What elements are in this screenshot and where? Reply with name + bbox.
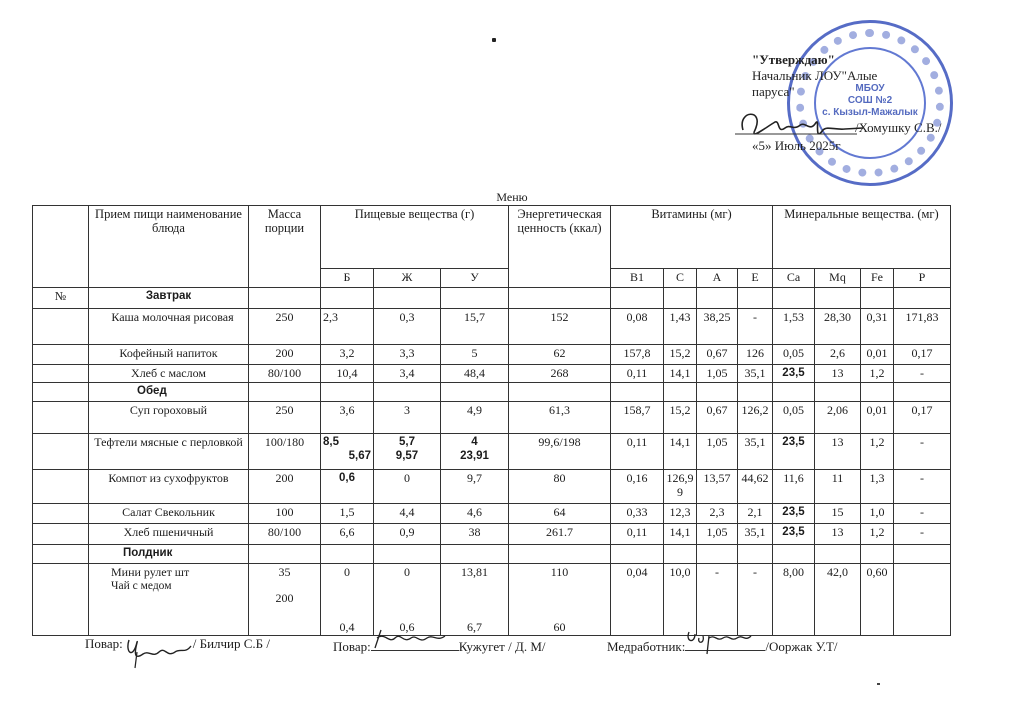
approval-signer-name: /Хомушку С.В./ [855,120,942,136]
dish-name: Мини рулет штЧай с медом [89,564,249,636]
section-snack: Полдник [89,545,249,564]
cook2-name: Кужугет / Д. М/ [459,639,546,654]
table-row: Компот из сухофруктов 200 0,6 0 9,7 80 0… [33,470,951,504]
subheader-c: C [664,269,697,288]
cell-p: - [894,365,951,383]
approval-heading: "Утверждаю" [752,52,835,68]
cell-b: 2,3 [321,309,374,345]
cell-kcal: 64 [509,504,611,524]
table-row: Мини рулет штЧай с медом 35200 00,4 00,6… [33,564,951,636]
cell-u: 9,7 [441,470,509,504]
cell-e: 35,1 [738,524,773,545]
cell-p: 171,83 [894,309,951,345]
cell-u: 15,7 [441,309,509,345]
cell-e: 44,62 [738,470,773,504]
cell-p: - [894,524,951,545]
footer-cook2: Повар:Кужугет / Д. М/ [333,636,546,655]
dish-name: Хлеб с маслом [89,365,249,383]
cell-b1: 0,11 [611,524,664,545]
cell-fe: 1,2 [861,434,894,470]
cell-e: 2,1 [738,504,773,524]
cell-kcal: 80 [509,470,611,504]
cell-e: - [738,564,773,636]
cell-ca: 23,5 [773,524,815,545]
cook2-label: Повар: [333,639,371,654]
cell-a: 38,25 [697,309,738,345]
cell-b: 8,55,67 [321,434,374,470]
cell-c: 14,1 [664,434,697,470]
page-title: Меню [0,190,1024,205]
subheader-fe: Fe [861,269,894,288]
subheader-p: P [894,269,951,288]
header-mass: Масса порции [249,206,321,288]
scan-speck [492,38,496,42]
table-row: Каша молочная рисовая 250 2,3 0,3 15,7 1… [33,309,951,345]
cell-kcal: 62 [509,345,611,365]
cell-b: 3,2 [321,345,374,365]
cell-kcal: 261.7 [509,524,611,545]
cell-zh: 3 [374,402,441,434]
cell-fe: 1,3 [861,470,894,504]
cell-u: 38 [441,524,509,545]
scan-speck [877,683,880,685]
cell-mass: 100 [249,504,321,524]
dish-name: Тефтели мясные с перловкой [89,434,249,470]
cell-b: 0,6 [321,470,374,504]
cell-zh: 3,3 [374,345,441,365]
cell-b1: 0,16 [611,470,664,504]
dish-name: Каша молочная рисовая [89,309,249,345]
cell-mass: 250 [249,309,321,345]
cell-mq: 2,6 [815,345,861,365]
cell-zh: 0 [374,470,441,504]
cell-mq: 13 [815,524,861,545]
section-lunch: Обед [89,383,249,402]
cell-b1: 0,33 [611,504,664,524]
cell-b: 3,6 [321,402,374,434]
cook2-signature [371,636,459,651]
dish-name: Суп гороховый [89,402,249,434]
cell-zh: 3,4 [374,365,441,383]
section-row-snack: Полдник [33,545,951,564]
subheader-b: Б [321,269,374,288]
header-row: Прием пищи наименование блюда Масса порц… [33,206,951,269]
section-row-breakfast: № Завтрак [33,288,951,309]
cell-b: 10,4 [321,365,374,383]
cell-mass: 80/100 [249,365,321,383]
cell-p [894,564,951,636]
cell-b1: 0,04 [611,564,664,636]
section-row-lunch: Обед [33,383,951,402]
cell-e: 126 [738,345,773,365]
cell-u: 13,816,7 [441,564,509,636]
cell-mass: 250 [249,402,321,434]
cell-zh: 5,79,57 [374,434,441,470]
header-number: № [33,288,89,309]
header-minerals: Минеральные вещества. (мг) [773,206,951,269]
cell-zh: 4,4 [374,504,441,524]
cell-e: - [738,309,773,345]
cell-p: - [894,470,951,504]
cell-zh: 0,3 [374,309,441,345]
cell-ca: 11,6 [773,470,815,504]
cell-fe: 1,0 [861,504,894,524]
dish-name: Салат Свекольник [89,504,249,524]
footer-medic: Медработник:/Ооржак У.Т/ [607,636,838,655]
cell-ca: 8,00 [773,564,815,636]
cell-mq: 2,06 [815,402,861,434]
cell-fe: 1,2 [861,365,894,383]
cell-p: - [894,434,951,470]
dish-name: Компот из сухофруктов [89,470,249,504]
cell-u: 4,6 [441,504,509,524]
cell-a: - [697,564,738,636]
cell-b: 1,5 [321,504,374,524]
header-meal-name: Прием пищи наименование блюда [89,206,249,288]
cell-c: 12,3 [664,504,697,524]
cell-b1: 0,11 [611,434,664,470]
cell-c: 1,43 [664,309,697,345]
cell-zh: 0,9 [374,524,441,545]
cell-kcal: 268 [509,365,611,383]
cell-a: 0,67 [697,345,738,365]
menu-table: Прием пищи наименование блюда Масса порц… [32,205,951,636]
cell-mass: 80/100 [249,524,321,545]
cell-a: 0,67 [697,402,738,434]
subheader-ca: Ca [773,269,815,288]
cell-mq: 28,30 [815,309,861,345]
medic-label: Медработник: [607,639,685,654]
cell-u: 423,91 [441,434,509,470]
cell-mq: 42,0 [815,564,861,636]
cell-ca: 23,5 [773,434,815,470]
cell-fe: 1,2 [861,524,894,545]
cell-mass: 35200 [249,564,321,636]
cell-mass: 100/180 [249,434,321,470]
footer-cook1: Повар:/ Билчир С.Б / [85,636,270,652]
cell-fe: 0,60 [861,564,894,636]
cell-fe: 0,01 [861,345,894,365]
cell-b1: 0,08 [611,309,664,345]
cell-mq: 15 [815,504,861,524]
cell-c: 14,1 [664,524,697,545]
cell-ca: 0,05 [773,345,815,365]
cook1-label: Повар: [85,636,123,651]
cell-mq: 11 [815,470,861,504]
header-vitamins: Витамины (мг) [611,206,773,269]
table-row: Суп гороховый 250 3,6 3 4,9 61,3 158,7 1… [33,402,951,434]
director-signature [735,100,865,150]
table-row: Хлеб с маслом 80/100 10,4 3,4 48,4 268 0… [33,365,951,383]
subheader-e: E [738,269,773,288]
cook1-name: / Билчир С.Б / [193,636,270,651]
cell-b: 00,4 [321,564,374,636]
cell-u: 4,9 [441,402,509,434]
header-nutrients: Пищевые вещества (г) [321,206,509,269]
dish-name: Кофейный напиток [89,345,249,365]
cell-a: 1,05 [697,524,738,545]
cell-kcal: 11060 [509,564,611,636]
cell-e: 35,1 [738,365,773,383]
cell-a: 2,3 [697,504,738,524]
table-row: Тефтели мясные с перловкой 100/180 8,55,… [33,434,951,470]
cell-zh: 00,6 [374,564,441,636]
cell-ca: 23,5 [773,365,815,383]
subheader-zh: Ж [374,269,441,288]
cell-ca: 0,05 [773,402,815,434]
subheader-mq: Mq [815,269,861,288]
cell-mass: 200 [249,470,321,504]
header-energy: Энергетическая ценность (ккал) [509,206,611,288]
cell-c: 15,2 [664,345,697,365]
cell-c: 10,0 [664,564,697,636]
approval-position: Начальник ЛОУ"Алые [752,68,877,84]
medic-signature [685,636,765,651]
cell-kcal: 61,3 [509,402,611,434]
cell-fe: 0,31 [861,309,894,345]
cell-b1: 158,7 [611,402,664,434]
cell-mq: 13 [815,365,861,383]
cell-e: 35,1 [738,434,773,470]
cell-kcal: 152 [509,309,611,345]
cell-mass: 200 [249,345,321,365]
section-breakfast: Завтрак [89,288,249,309]
cell-mq: 13 [815,434,861,470]
cell-a: 1,05 [697,434,738,470]
cell-a: 1,05 [697,365,738,383]
cell-b: 6,6 [321,524,374,545]
cell-u: 5 [441,345,509,365]
subheader-b1: B1 [611,269,664,288]
cell-a: 13,57 [697,470,738,504]
cell-p: 0,17 [894,345,951,365]
cell-p: - [894,504,951,524]
table-row: Салат Свекольник 100 1,5 4,4 4,6 64 0,33… [33,504,951,524]
cell-u: 48,4 [441,365,509,383]
approval-org: паруса" [752,84,795,100]
cell-b1: 157,8 [611,345,664,365]
subheader-u: У [441,269,509,288]
cell-fe: 0,01 [861,402,894,434]
cell-b1: 0,11 [611,365,664,383]
cell-c: 14,1 [664,365,697,383]
table-row: Кофейный напиток 200 3,2 3,3 5 62 157,8 … [33,345,951,365]
cell-ca: 1,53 [773,309,815,345]
cell-ca: 23,5 [773,504,815,524]
cell-c: 126,99 [664,470,697,504]
subheader-a: A [697,269,738,288]
cell-e: 126,2 [738,402,773,434]
cell-kcal: 99,6/198 [509,434,611,470]
table-row: Хлеб пшеничный 80/100 6,6 0,9 38 261.7 0… [33,524,951,545]
cell-c: 15,2 [664,402,697,434]
empty-header-cell [33,206,89,288]
medic-name: /Ооржак У.Т/ [765,639,837,654]
cell-p: 0,17 [894,402,951,434]
dish-name: Хлеб пшеничный [89,524,249,545]
